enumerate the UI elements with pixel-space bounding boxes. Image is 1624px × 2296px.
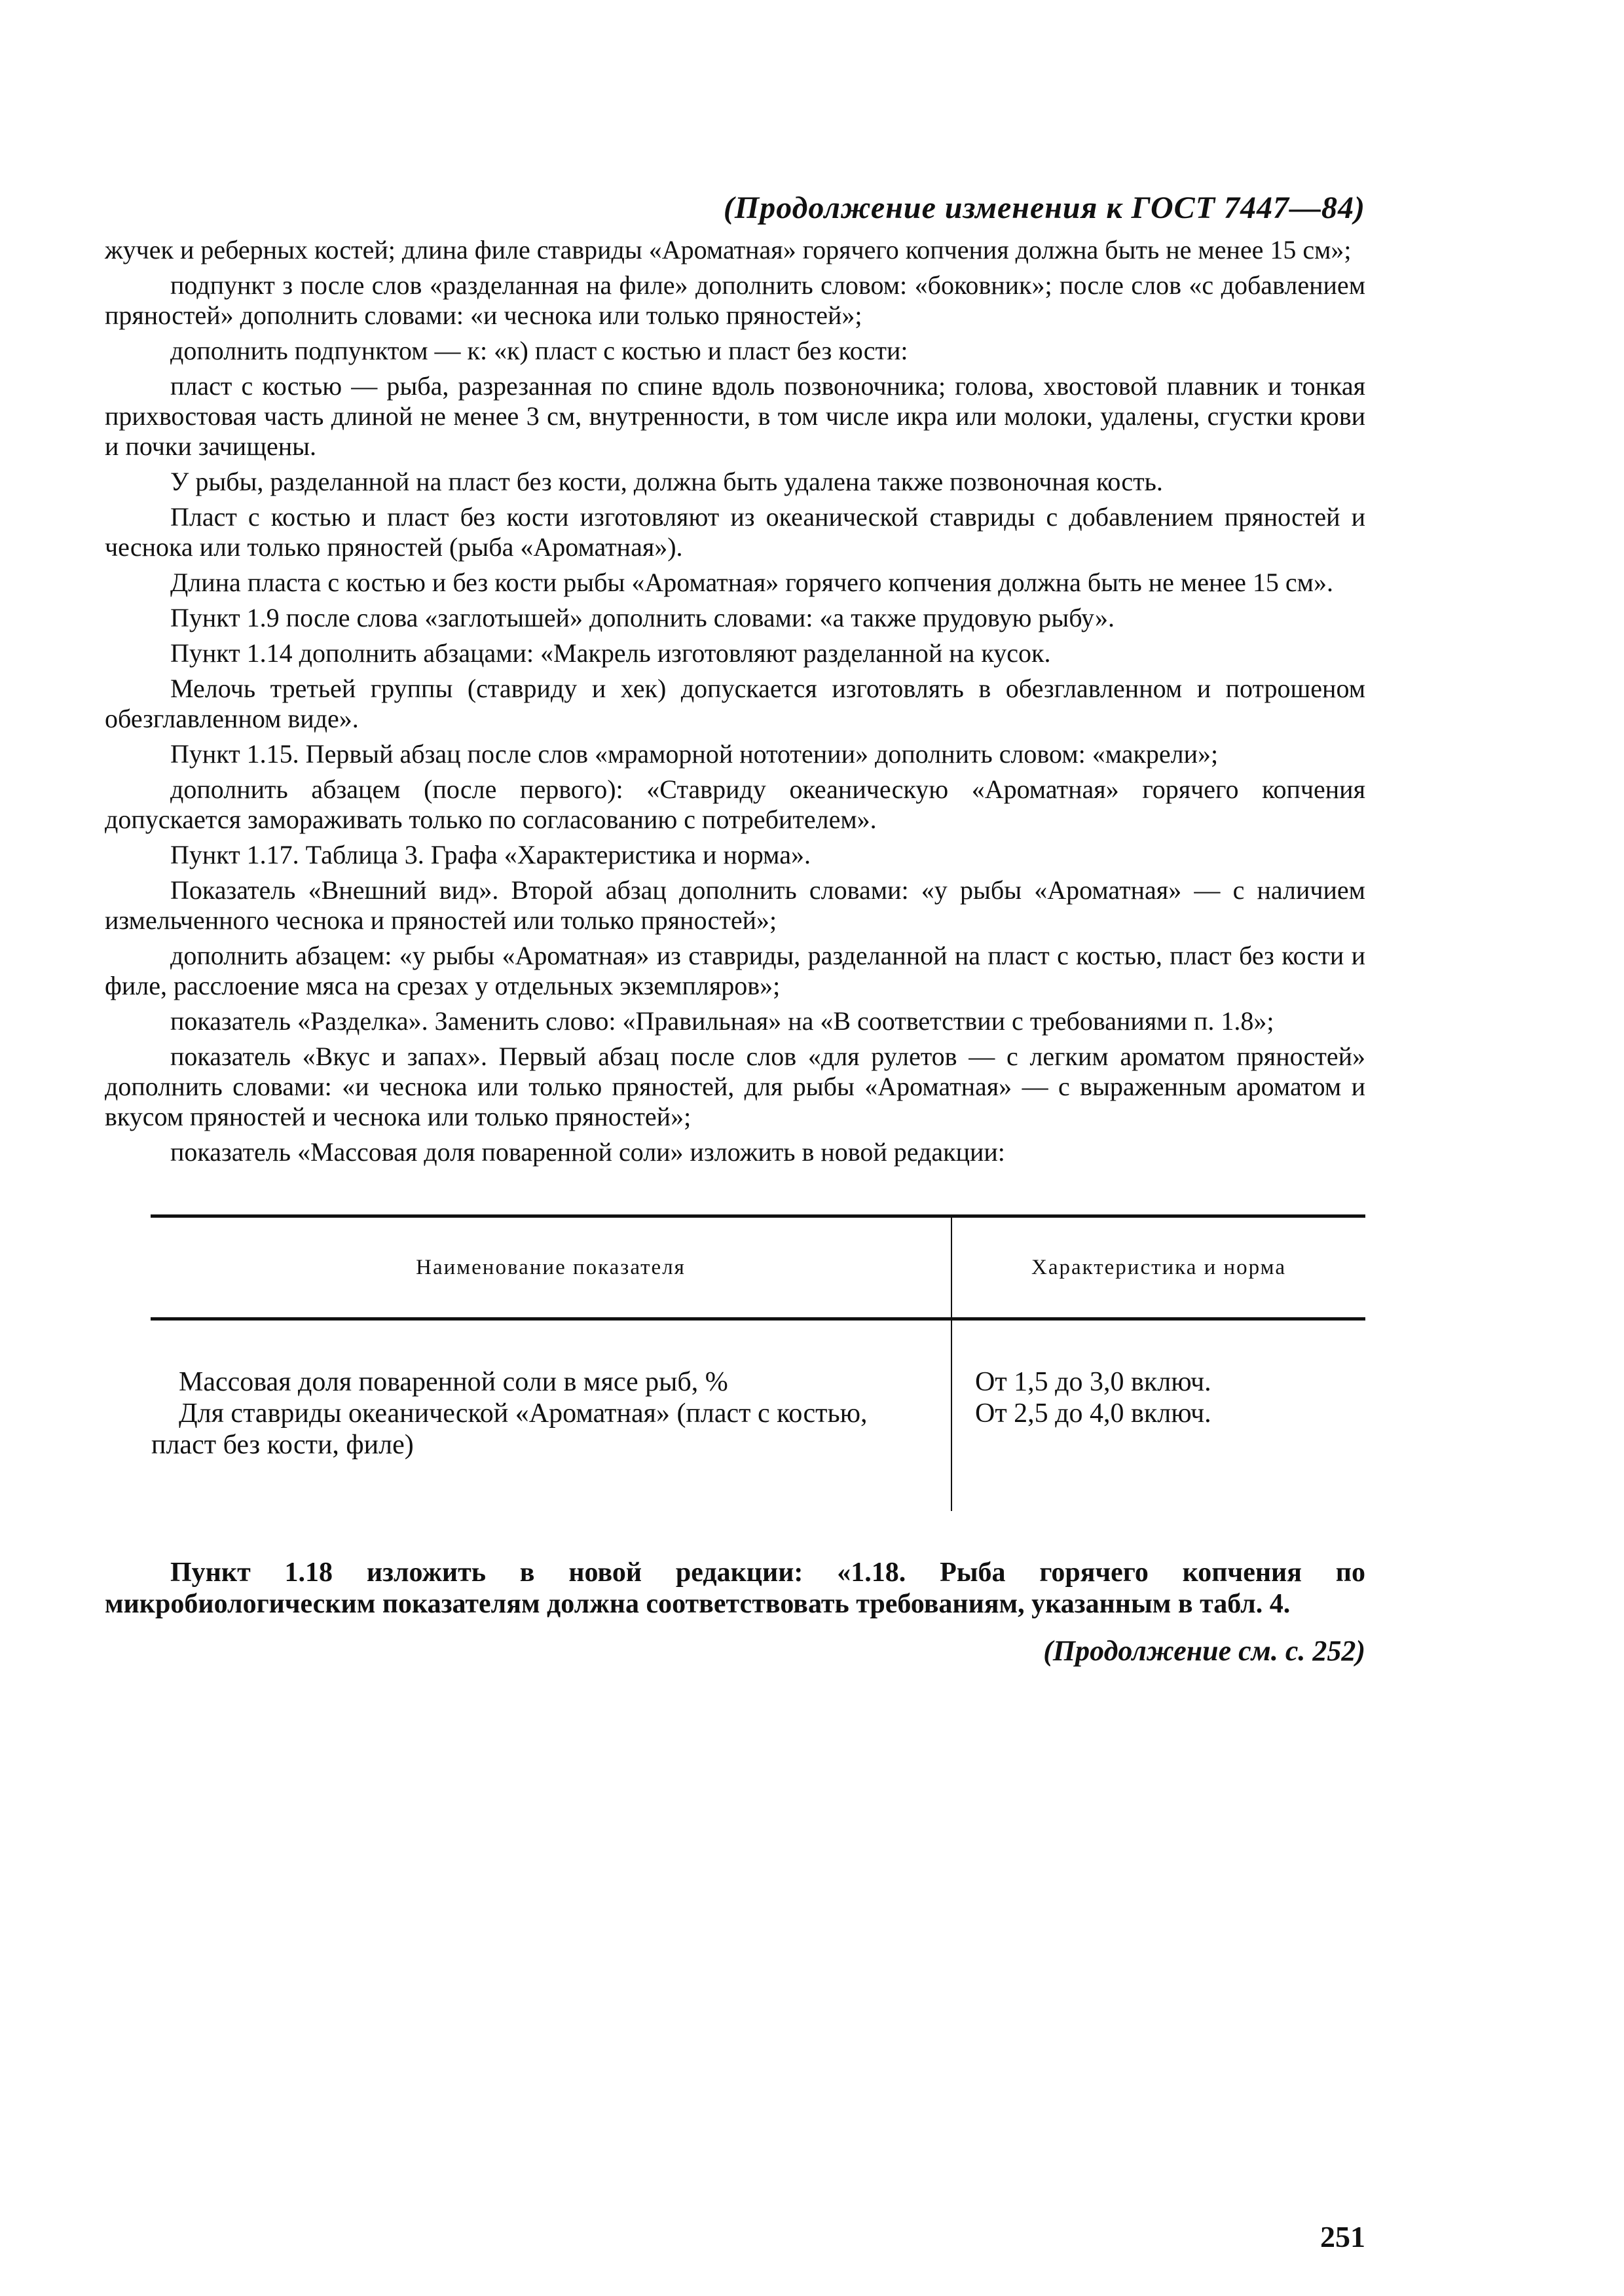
paragraph: дополнить абзацем (после первого): «Став… bbox=[105, 774, 1365, 835]
paragraph: жучек и реберных костей; длина филе став… bbox=[105, 235, 1365, 265]
after-table-section: Пункт 1.18 изложить в новой редакции: «1… bbox=[105, 1557, 1365, 1667]
norm-cell: От 1,5 до 3,0 включ. От 2,5 до 4,0 включ… bbox=[951, 1319, 1365, 1512]
body-text: жучек и реберных костей; длина филе став… bbox=[105, 235, 1365, 1167]
paragraph: Пункт 1.15. Первый абзац после слов «мра… bbox=[105, 739, 1365, 769]
paragraph: дополнить подпунктом — к: «к) пласт с ко… bbox=[105, 336, 1365, 366]
salt-content-table: Наименование показателя Характеристика и… bbox=[151, 1214, 1365, 1511]
paragraph: Пункт 1.18 изложить в новой редакции: «1… bbox=[105, 1557, 1365, 1620]
paragraph: Пункт 1.17. Таблица 3. Графа «Характерис… bbox=[105, 840, 1365, 870]
indicator-line: Массовая доля поваренной соли в мясе рыб… bbox=[151, 1366, 931, 1398]
paragraph: пласт с костью — рыба, разрезанная по сп… bbox=[105, 371, 1365, 462]
continuation-note: (Продолжение см. с. 252) bbox=[105, 1634, 1365, 1667]
paragraph: Пласт с костью и пласт без кости изготов… bbox=[105, 502, 1365, 562]
paragraph: Показатель «Внешний вид». Второй абзац д… bbox=[105, 875, 1365, 936]
norm-line: От 2,5 до 4,0 включ. bbox=[975, 1398, 1365, 1429]
table-row: Массовая доля поваренной соли в мясе рыб… bbox=[151, 1319, 1365, 1512]
table-header-row: Наименование показателя Характеристика и… bbox=[151, 1216, 1365, 1319]
paragraph: Длина пласта с костью и без кости рыбы «… bbox=[105, 568, 1365, 598]
paragraph: показатель «Вкус и запах». Первый абзац … bbox=[105, 1042, 1365, 1132]
paragraph: Мелочь третьей группы (ставриду и хек) д… bbox=[105, 674, 1365, 734]
paragraph: У рыбы, разделанной на пласт без кости, … bbox=[105, 467, 1365, 497]
document-page: (Продолжение изменения к ГОСТ 7447—84) ж… bbox=[105, 190, 1365, 1667]
paragraph: показатель «Массовая доля поваренной сол… bbox=[105, 1137, 1365, 1167]
paragraph: Пункт 1.9 после слова «заглотышей» допол… bbox=[105, 603, 1365, 633]
column-header-indicator: Наименование показателя bbox=[151, 1216, 951, 1319]
indicator-line: Для ставриды океанической «Ароматная» (п… bbox=[151, 1398, 931, 1461]
table: Наименование показателя Характеристика и… bbox=[151, 1214, 1365, 1511]
paragraph: подпункт з после слов «разделанная на фи… bbox=[105, 270, 1365, 331]
paragraph: дополнить абзацем: «у рыбы «Ароматная» и… bbox=[105, 941, 1365, 1001]
paragraph: показатель «Разделка». Заменить слово: «… bbox=[105, 1006, 1365, 1036]
indicator-cell: Массовая доля поваренной соли в мясе рыб… bbox=[151, 1319, 951, 1512]
page-number: 251 bbox=[1320, 2219, 1365, 2254]
paragraph: Пункт 1.14 дополнить абзацами: «Макрель … bbox=[105, 638, 1365, 668]
norm-line: От 1,5 до 3,0 включ. bbox=[975, 1366, 1365, 1398]
running-head: (Продолжение изменения к ГОСТ 7447—84) bbox=[105, 190, 1365, 226]
column-header-norm: Характеристика и норма bbox=[951, 1216, 1365, 1319]
